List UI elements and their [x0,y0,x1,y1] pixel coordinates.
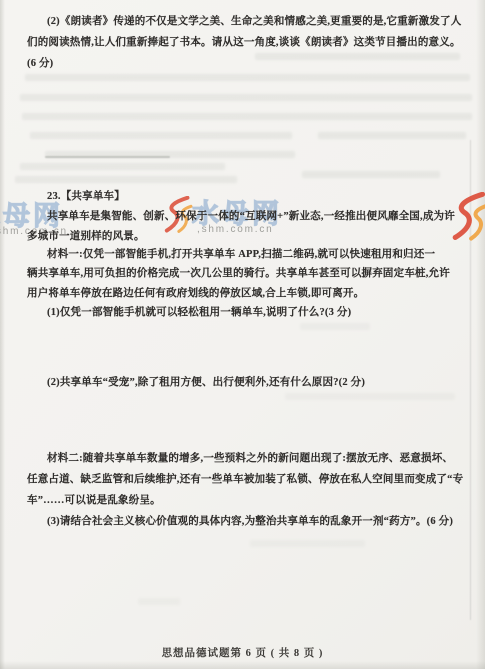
bleedthrough-mark [25,74,470,81]
section23-question2: (2)共享单车“受宠”,除了租用方便、出行便利外,还有什么原因?(2 分) [27,376,465,390]
material1-line: 辆共享单车,用可负担的价格完成一次几公里的骑行。共享单车甚至可以摒弃固定车桩,允… [27,267,465,281]
scan-edge-left [0,0,5,669]
section23-question1: (1)仅凭一部智能手机就可以轻松租用一辆单车,说明了什么?(3 分) [27,306,465,320]
bleedthrough-mark [285,393,455,400]
section23-intro-line: 共享单车是集智能、创新、环保于一体的“互联网+”新业态,一经推出便风靡全国,成为… [27,210,465,224]
bleedthrough-mark [302,171,440,178]
question22-line: (2)《朗读者》传递的不仅是文学之美、生命之美和情感之美,更重要的是,它重新激发… [27,15,465,29]
bleedthrough-mark [45,156,170,158]
section23-heading: 23.【共享单车】 [27,190,465,204]
bleedthrough-mark [22,113,472,120]
bleedthrough-mark [300,323,370,330]
material2-line: 任意占道、缺乏监管和后续维护,还有一些单车被加装了私锁、停放在私人空间里而变成了… [27,473,465,487]
page-footer: 思想品德试题第 6 页 ( 共 8 页 ) [0,645,485,660]
scan-edge-right [476,0,485,669]
material2-line: 材料二:随着共享单车数量的增多,一些预料之外的新问题出现了:摆放无序、恶意损坏、 [27,452,465,466]
bleedthrough-mark [20,94,472,101]
bleedthrough-mark [318,132,466,139]
question22-line: 们的阅读热情,让人们重新捧起了书本。请从这一角度,谈谈《朗读者》这类节目播出的意… [27,36,465,50]
section23-question3: (3)请结合社会主义核心价值观的具体内容,为整治共享单车的乱象开一剂“药方”。(… [27,515,465,529]
question22-points: (6 分) [27,57,465,71]
bleedthrough-mark [250,540,365,547]
bleedthrough-mark [15,176,237,183]
scan-edge-bottom [0,661,485,669]
material1-line: 用户将单车停放在路边任何有政府划线的停放区域,合上车锁,即可离开。 [27,287,465,301]
bleedthrough-mark [30,132,292,139]
bleedthrough-mark [20,163,225,170]
material2-line: 车”……可以说是乱象纷呈。 [27,494,465,508]
exam-page: 水母网 shm.com.cn 水母网 ,shm.com.cn (2)《朗读者》传… [0,0,485,669]
section23-intro-line: 多城市一道别样的风景。 [27,230,465,244]
bleedthrough-mark [138,598,180,605]
material1-line: 材料一:仅凭一部智能手机,打开共享单车 APP,扫描二维码,就可以快速租用和归还… [27,248,465,262]
